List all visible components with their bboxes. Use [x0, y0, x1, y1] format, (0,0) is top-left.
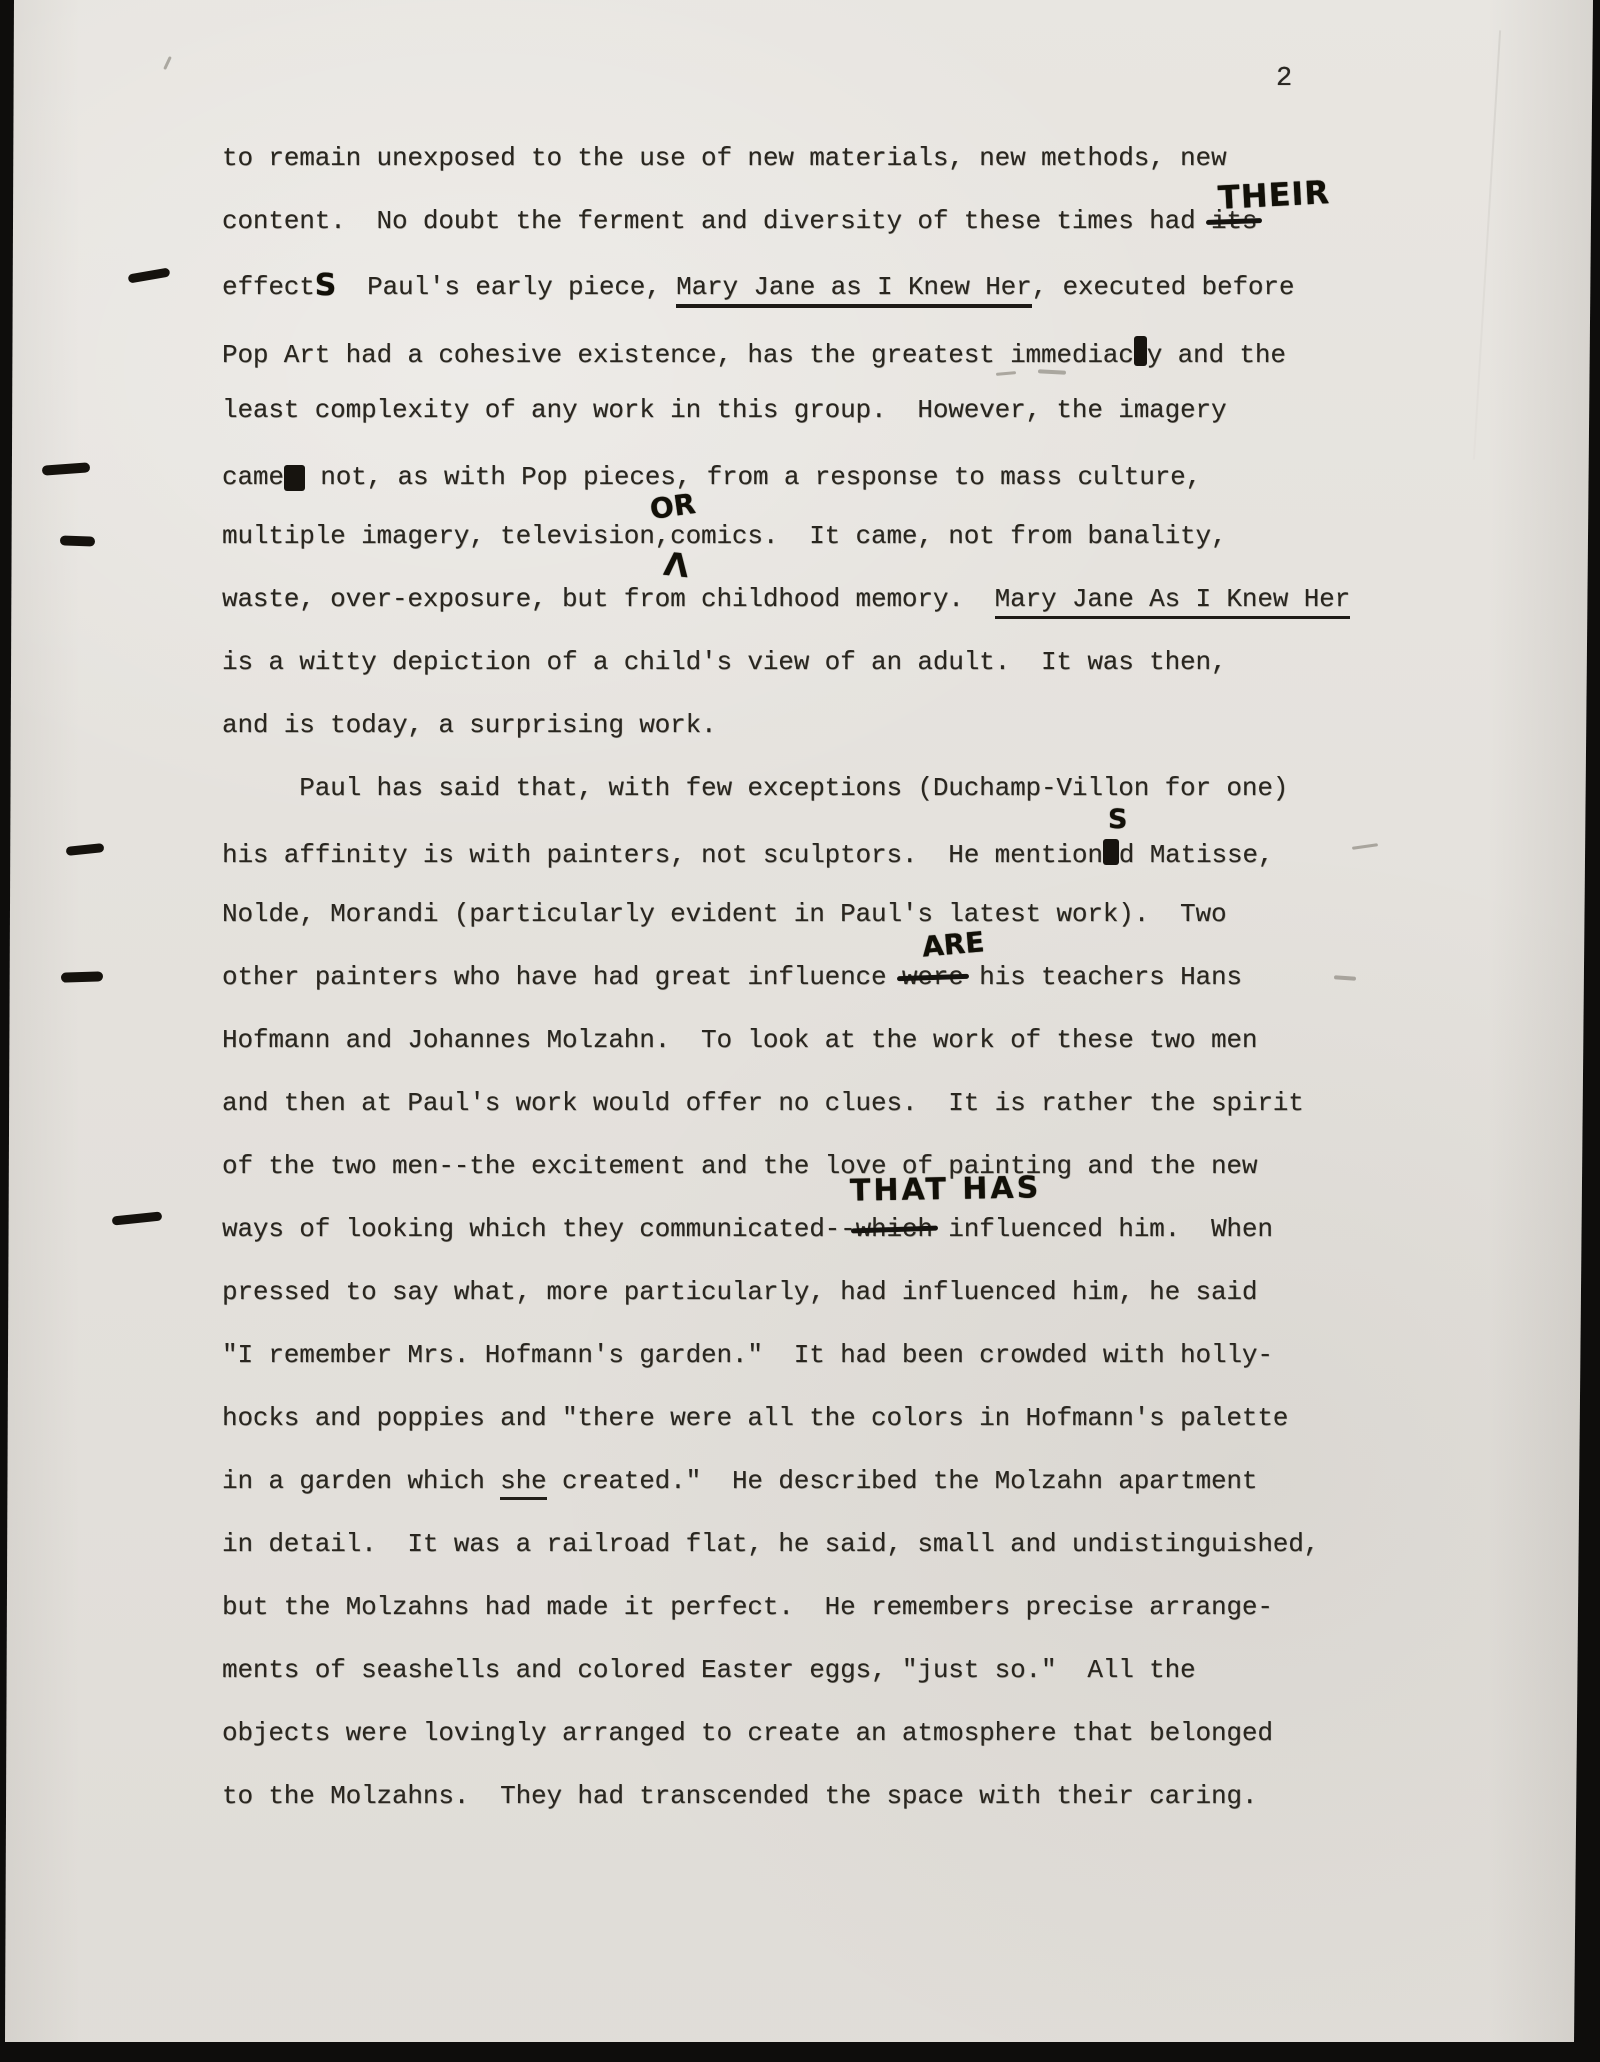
- typed-text: is a witty depiction of a child's view o…: [222, 647, 1226, 678]
- typed-line: pressed to say what, more particularly, …: [222, 1277, 1257, 1309]
- typed-line: ments of seashells and colored Easter eg…: [222, 1655, 1196, 1687]
- typed-line: to the Molzahns. They had transcended th…: [222, 1781, 1257, 1813]
- handwritten-annotation: Λ: [662, 545, 691, 585]
- typed-line: is a witty depiction of a child's view o…: [222, 647, 1226, 679]
- typed-text: his teachers Hans: [964, 962, 1242, 993]
- typed-line: to remain unexposed to the use of new ma…: [222, 143, 1226, 175]
- struck-out-word: which: [856, 1214, 933, 1245]
- typed-text: , executed before: [1032, 272, 1295, 303]
- typed-line: in detail. It was a railroad flat, he sa…: [222, 1529, 1319, 1561]
- page-number: 2: [1276, 64, 1292, 94]
- typed-text: created." He described the Molzahn apart…: [547, 1466, 1258, 1497]
- typed-text: Paul's early piece,: [336, 272, 676, 303]
- typed-line: Paul has said that, with few exceptions …: [222, 773, 1288, 805]
- typed-text: hocks and poppies and "there were all th…: [222, 1403, 1288, 1434]
- handwritten-annotation: OR: [648, 487, 698, 526]
- ink-blotch: [284, 465, 305, 491]
- margin-mark: [128, 267, 171, 283]
- typed-line: ways of looking which they communicated-…: [222, 1214, 1273, 1246]
- typed-text: and is today, a surprising work.: [222, 710, 716, 741]
- typed-line: but the Molzahns had made it perfect. He…: [222, 1592, 1273, 1624]
- typed-text: least complexity of any work in this gro…: [222, 395, 1226, 426]
- scanned-typescript-page: { "page": { "number": "2" }, "colors": {…: [0, 0, 1600, 2062]
- typed-line: "I remember Mrs. Hofmann's garden." It h…: [222, 1340, 1273, 1372]
- margin-mark: [60, 535, 95, 546]
- typed-text: multiple imagery, television,comics. It …: [222, 521, 1226, 552]
- handwritten-annotation: THEIR: [1217, 173, 1331, 217]
- typed-text: d Matisse,: [1119, 840, 1274, 871]
- typed-text: "I remember Mrs. Hofmann's garden." It h…: [222, 1340, 1273, 1371]
- faint-pencil-mark: [163, 56, 172, 70]
- ink-blotch: [1103, 839, 1119, 865]
- typed-text: Hofmann and Johannes Molzahn. To look at…: [222, 1025, 1257, 1056]
- typed-line: hocks and poppies and "there were all th…: [222, 1403, 1288, 1435]
- typed-line: came not, as with Pop pieces, from a res…: [222, 458, 1201, 490]
- typed-line: other painters who have had great influe…: [222, 962, 1242, 994]
- typed-text: pressed to say what, more particularly, …: [222, 1277, 1257, 1308]
- margin-mark: [112, 1211, 163, 1225]
- margin-mark: [66, 843, 105, 856]
- underlined-title: she: [500, 1466, 546, 1500]
- faint-pencil-mark: [1334, 975, 1356, 981]
- typed-line: Pop Art had a cohesive existence, has th…: [222, 332, 1286, 364]
- typed-text: and then at Paul's work would offer no c…: [222, 1088, 1304, 1119]
- underlined-title: Mary Jane as I Knew Her: [676, 272, 1031, 308]
- typed-line: and then at Paul's work would offer no c…: [222, 1088, 1304, 1120]
- handwritten-annotation: S: [1108, 804, 1127, 835]
- handwritten-annotation: THAT HAS: [850, 1170, 1042, 1208]
- typed-text: Pop Art had a cohesive existence, has th…: [222, 340, 1134, 371]
- typed-text: came: [222, 462, 284, 493]
- paper-crease: [1473, 30, 1501, 459]
- typed-text: Nolde, Morandi (particularly evident in …: [222, 899, 1226, 930]
- typed-text: influenced him. When: [933, 1214, 1273, 1245]
- margin-mark: [42, 462, 91, 475]
- typed-text: ments of seashells and colored Easter eg…: [222, 1655, 1196, 1686]
- faint-pencil-mark: [1352, 843, 1378, 850]
- typed-line: in a garden which she created." He descr…: [222, 1466, 1257, 1498]
- typed-text: in detail. It was a railroad flat, he sa…: [222, 1529, 1319, 1560]
- typed-text: other painters who have had great influe…: [222, 962, 902, 993]
- typed-text: Paul has said that, with few exceptions …: [222, 773, 1288, 804]
- typed-text: ways of looking which they communicated-…: [222, 1214, 856, 1245]
- typed-text: in a garden which: [222, 1466, 500, 1497]
- typed-text: of the two men--the excitement and the l…: [222, 1151, 1257, 1182]
- typed-text: objects were lovingly arranged to create…: [222, 1718, 1273, 1749]
- handwritten-correction-letter: S: [315, 270, 336, 301]
- underlined-title: Mary Jane As I Knew Her: [995, 584, 1350, 619]
- typed-text: his affinity is with painters, not sculp…: [222, 840, 1103, 871]
- typed-text: y and the: [1147, 340, 1286, 371]
- typed-line: multiple imagery, television,comics. It …: [222, 521, 1226, 553]
- paper-sheet: 2 to remain unexposed to the use of new …: [0, 0, 1600, 2042]
- typed-line: content. No doubt the ferment and divers…: [222, 206, 1257, 238]
- handwritten-annotation: ARE: [921, 925, 986, 963]
- typed-text: but the Molzahns had made it perfect. He…: [222, 1592, 1273, 1623]
- ink-blotch: [1134, 336, 1147, 366]
- typed-text: not, as with Pop pieces, from a response…: [305, 462, 1201, 493]
- struck-out-word: were: [902, 962, 964, 993]
- typed-line: of the two men--the excitement and the l…: [222, 1151, 1257, 1183]
- typed-line: least complexity of any work in this gro…: [222, 395, 1226, 427]
- faint-pencil-mark: [996, 371, 1016, 376]
- typed-line: and is today, a surprising work.: [222, 710, 716, 742]
- typed-text: waste, over-exposure, but from childhood…: [222, 584, 995, 615]
- margin-mark: [61, 971, 103, 982]
- typed-line: Hofmann and Johannes Molzahn. To look at…: [222, 1025, 1257, 1057]
- typed-line: Nolde, Morandi (particularly evident in …: [222, 899, 1226, 931]
- typed-line: waste, over-exposure, but from childhood…: [222, 584, 1350, 616]
- typed-line: his affinity is with painters, not sculp…: [222, 836, 1273, 868]
- typed-line: effectS Paul's early piece, Mary Jane as…: [222, 269, 1294, 301]
- typed-text: effect: [222, 272, 315, 303]
- typed-line: objects were lovingly arranged to create…: [222, 1718, 1273, 1750]
- typed-text: to the Molzahns. They had transcended th…: [222, 1781, 1257, 1812]
- typed-text: to remain unexposed to the use of new ma…: [222, 143, 1226, 174]
- faint-pencil-mark: [1038, 369, 1066, 374]
- typed-text: content. No doubt the ferment and divers…: [222, 206, 1211, 237]
